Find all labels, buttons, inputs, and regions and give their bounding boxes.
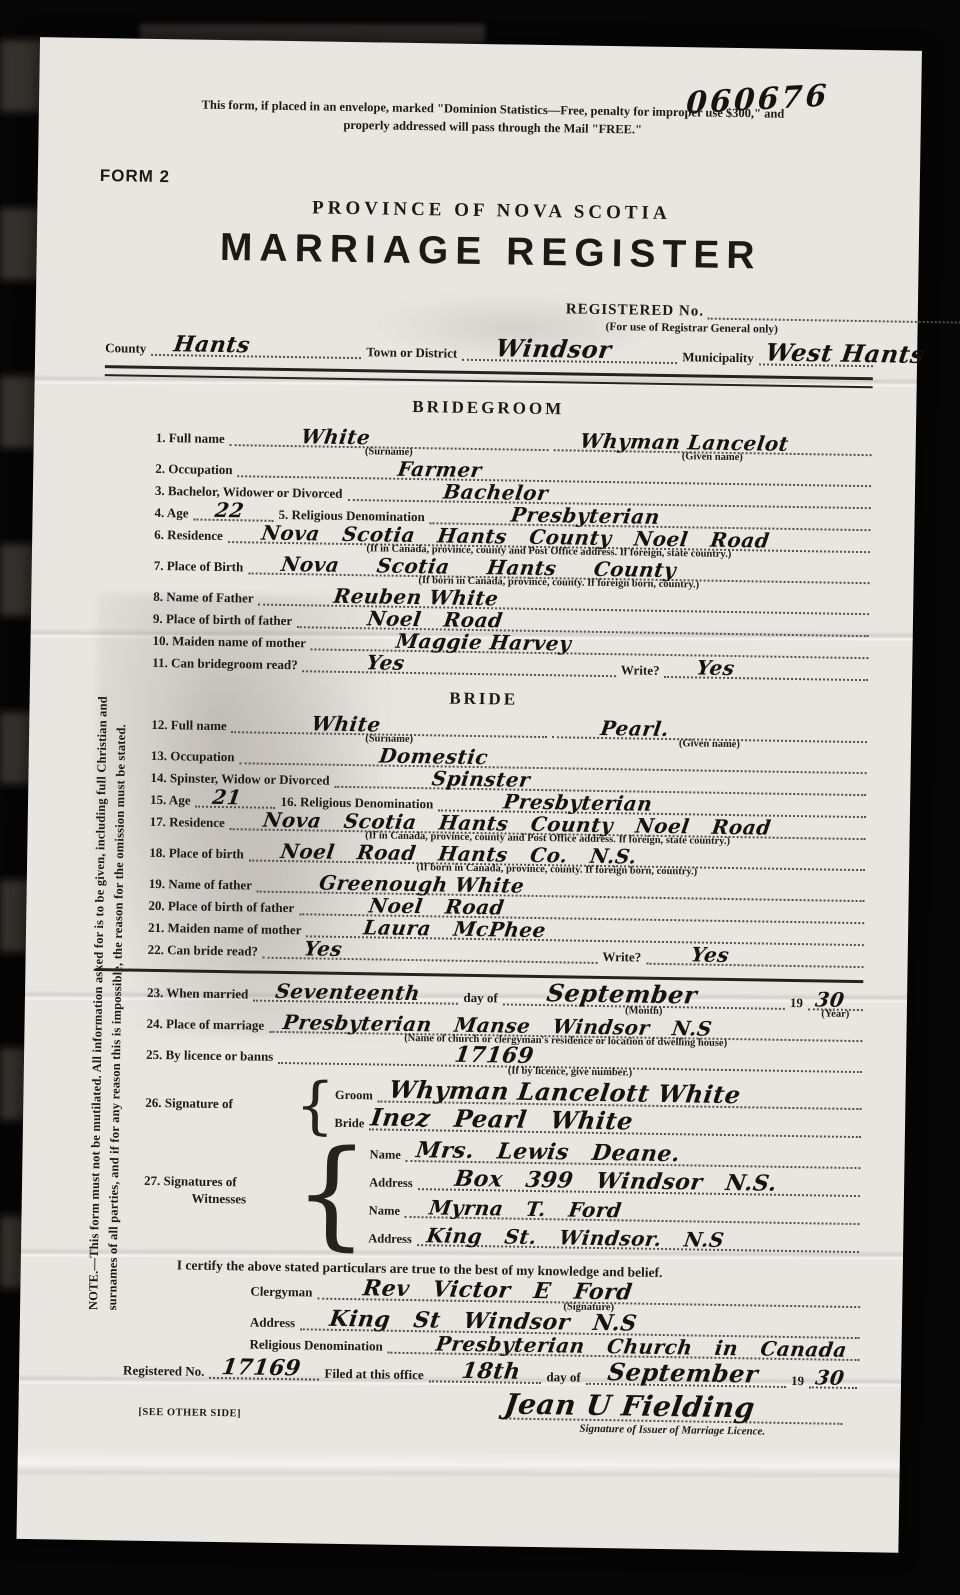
witness-rows: Name Mrs. Lewis Deane. Address Box 399 W… [368, 1142, 860, 1254]
field-23-dayof-label: day of [463, 991, 498, 1006]
witness-2-name-value: Myrna T. Ford [428, 1195, 624, 1222]
groom-label: Groom [335, 1088, 373, 1102]
bride-heading: BRIDE [100, 683, 868, 715]
field-11-read-value: Yes [365, 651, 406, 676]
field-23-year-prefix: 19 [790, 996, 803, 1010]
field-10-value: Maggie Harvey [395, 629, 574, 656]
field-8-label: 8. Name of Father [153, 590, 254, 606]
municipality-line: West Hants [759, 346, 874, 368]
bride-signature-line: Inez Pearl White [369, 1111, 861, 1139]
witness-2-name-label: Name [369, 1204, 400, 1218]
field-23-year-line: 30 (Year) [808, 991, 863, 1012]
field-4-value: 22 [213, 498, 245, 522]
field-22-write-value: Yes [690, 943, 731, 968]
marriage-register-form: 060676 FORM 2 NOTE.—This form must not b… [16, 37, 921, 1553]
witness-1-address-value: Box 399 Windsor N.S. [453, 1166, 779, 1197]
field-13-label: 13. Occupation [151, 749, 235, 764]
clergyman-row: Clergyman Rev Victor E Ford (Signature) [250, 1281, 860, 1309]
issuer-signature-block: Jean U Fielding Signature of Issuer of M… [502, 1388, 843, 1439]
field-19-label: 19. Name of father [149, 877, 252, 893]
field-23-day-line: Seventeenth [253, 982, 459, 1005]
field-15-value: 21 [211, 785, 243, 809]
form-content: This form, if placed in an envelope, mar… [16, 37, 921, 1553]
field-27-label-line1: 27. Signatures of [144, 1173, 294, 1192]
field-12-label: 12. Full name [151, 718, 227, 733]
county-value: Hants [172, 331, 252, 358]
field-22-label: 22. Can bride read? [148, 943, 258, 959]
field-2-label: 2. Occupation [155, 462, 233, 477]
town-value: Windsor [494, 334, 614, 365]
field-1-surname-line: White (Surname) [230, 426, 549, 451]
field-row-23: 23. When married Seventeenth day of Sept… [147, 982, 863, 1011]
field-4-line: 22 [193, 501, 273, 522]
town-label: Town or District [366, 345, 457, 360]
filing-filed-label: Filed at this office [324, 1367, 424, 1383]
field-2-value: Farmer [396, 457, 483, 482]
witness-2-name-line: Myrna T. Ford [405, 1198, 860, 1225]
bridegroom-heading: BRIDEGROOM [104, 392, 872, 424]
issuer-signature-value: Jean U Fielding [502, 1388, 757, 1425]
filing-row: Registered No. 17169 Filed at this offic… [123, 1360, 857, 1390]
location-row: County Hants Town or District Windsor Mu… [105, 337, 873, 367]
denomination-row: Religious Denomination Presbyterian Chur… [249, 1334, 859, 1362]
field-15-label: 15. Age [150, 793, 191, 808]
filing-registered-label: Registered No. [123, 1364, 205, 1379]
field-row-12: 12. Full name White (Surname) Pearl. (Gi… [151, 714, 867, 743]
filing-year-prefix: 19 [791, 1374, 804, 1388]
filing-day-line: 18th [429, 1363, 542, 1385]
field-18-label: 18. Place of birth [149, 846, 244, 861]
field-11-write-line: Yes [664, 658, 868, 681]
clergyman-label: Clergyman [250, 1285, 312, 1300]
field-11-read-line: Yes [303, 653, 617, 678]
field-24-label: 24. Place of marriage [146, 1017, 264, 1033]
witness-1-address-label: Address [369, 1176, 413, 1190]
field-17-label: 17. Residence [150, 815, 225, 830]
witness-2-address-line: King St. Windsor. N.S [417, 1226, 860, 1253]
brace-glyph: { [293, 1139, 370, 1246]
filing-year-value: 30 [814, 1366, 846, 1390]
field-14-value: Spinster [430, 767, 532, 792]
field-11-write-value: Yes [695, 656, 736, 681]
clergy-address-label: Address [250, 1316, 295, 1331]
witness-1-name-label: Name [370, 1148, 401, 1162]
field-1-label: 1. Full name [156, 431, 225, 446]
field-20-label: 20. Place of birth of father [148, 899, 294, 915]
field-row-1: 1. Full name White (Surname) Whyman Lanc… [156, 427, 872, 456]
field-4-label: 4. Age [154, 506, 188, 521]
field-23-month-line: September (Month) [503, 986, 785, 1010]
filing-registered-line: 17169 [209, 1359, 319, 1381]
section-divider [95, 968, 863, 983]
field-11-write-label: Write? [621, 664, 660, 679]
bridegroom-section: 1. Full name White (Surname) Whyman Lanc… [152, 427, 872, 681]
filing-month-line: September [586, 1365, 787, 1388]
field-12-given-line: Pearl. (Given name) [552, 718, 868, 743]
signature-of-block: 26. Signature of { Groom Whyman Lancelot… [145, 1075, 862, 1142]
field-26-label: 26. Signature of [145, 1095, 295, 1114]
field-22-write-label: Write? [602, 950, 641, 965]
registered-no-row: REGISTERED No. [566, 298, 874, 323]
field-row-6: 6. Residence Nova Scotia Hants County No… [154, 524, 870, 553]
witness-1-address-row: Address Box 399 Windsor N.S. [369, 1170, 860, 1198]
field-1-given-line: Whyman Lancelot (Given name) [553, 431, 872, 456]
witness-2-name-row: Name Myrna T. Ford [369, 1198, 860, 1226]
issuer-signature-line: Jean U Fielding [502, 1388, 842, 1425]
bride-signature-row: Bride Inez Pearl White [334, 1110, 861, 1138]
witness-1-name-value: Mrs. Lewis Deane. [415, 1137, 683, 1167]
field-10-label: 10. Maiden name of mother [152, 634, 306, 650]
field-22-read-value: Yes [303, 937, 344, 962]
field-9-label: 9. Place of birth of father [153, 612, 293, 628]
scanned-document: 060676 FORM 2 NOTE.—This form must not b… [0, 0, 960, 1595]
province-heading: PROVINCE OF NOVA SCOTIA [107, 194, 875, 228]
field-23-year-hint: (Year) [808, 1009, 863, 1022]
field-23-day-value: Seventeenth [274, 979, 422, 1005]
field-row-17: 17. Residence Nova Scotia Hants County N… [150, 811, 866, 840]
issuer-signature-hint: Signature of Issuer of Marriage Licence. [502, 1422, 842, 1439]
registered-no-line [708, 300, 960, 324]
witnesses-block: 27. Signatures of Witnesses { Name Mrs. … [143, 1137, 861, 1254]
page-title: MARRIAGE REGISTER [106, 224, 875, 280]
field-3-value: Bachelor [442, 480, 550, 506]
certification-section: Clergyman Rev Victor E Ford (Signature) … [249, 1281, 860, 1362]
denomination-label: Religious Denomination [249, 1338, 382, 1354]
field-6-label: 6. Residence [154, 528, 223, 543]
county-line: Hants [151, 336, 361, 359]
field-17-line: Nova Scotia Hants County Noel Road (If i… [230, 810, 866, 840]
field-11-label: 11. Can bridegroom read? [152, 656, 298, 672]
municipality-value: West Hants [764, 338, 926, 369]
field-27-label-line2: Witnesses [144, 1190, 294, 1209]
bride-signature-value: Inez Pearl White [369, 1103, 635, 1136]
field-22-read-line: Yes [263, 939, 598, 964]
town-line: Windsor [462, 341, 677, 364]
registrar-hint: (For use of Registrar General only) [605, 321, 873, 337]
field-15-line: 21 [195, 788, 275, 809]
bride-section: 12. Full name White (Surname) Pearl. (Gi… [148, 714, 868, 968]
witness-2-address-label: Address [368, 1232, 412, 1246]
field-22-write-line: Yes [646, 945, 864, 968]
envelope-note: This form, if placed in an envelope, mar… [109, 94, 877, 142]
filing-year-line: 30 [809, 1369, 857, 1390]
municipality-label: Municipality [682, 350, 754, 365]
filing-registered-value: 17169 [220, 1354, 303, 1381]
field-21-value: Laura McPhee [362, 916, 548, 943]
field-21-label: 21. Maiden name of mother [148, 921, 302, 937]
witness-2-address-value: King St. Windsor. N.S [426, 1223, 727, 1252]
section-divider [105, 365, 873, 388]
field-25-label: 25. By licence or banns [146, 1048, 273, 1064]
marriage-section: 23. When married Seventeenth day of Sept… [146, 982, 863, 1073]
field-3-label: 3. Bachelor, Widower or Divorced [155, 484, 343, 501]
signature-rows: Groom Whyman Lancelott White Bride Inez … [334, 1082, 861, 1138]
witness-2-address-row: Address King St. Windsor. N.S [368, 1226, 859, 1254]
field-7-label: 7. Place of Birth [154, 559, 244, 574]
clergyman-line: Rev Victor E Ford (Signature) [317, 1280, 860, 1309]
filing-day-value: 18th [460, 1358, 522, 1385]
county-label: County [105, 341, 146, 356]
witness-1-address-line: Box 399 Windsor N.S. [418, 1170, 861, 1197]
filing-month-value: September [606, 1357, 760, 1388]
witness-1-name-row: Name Mrs. Lewis Deane. [370, 1142, 861, 1170]
filing-dayof-label: day of [546, 1370, 581, 1385]
field-23-label: 23. When married [147, 986, 248, 1002]
field-12-surname-line: White (Surname) [232, 713, 548, 738]
field-27-label: 27. Signatures of Witnesses [144, 1173, 295, 1209]
registered-no-label: REGISTERED No. [566, 303, 704, 320]
